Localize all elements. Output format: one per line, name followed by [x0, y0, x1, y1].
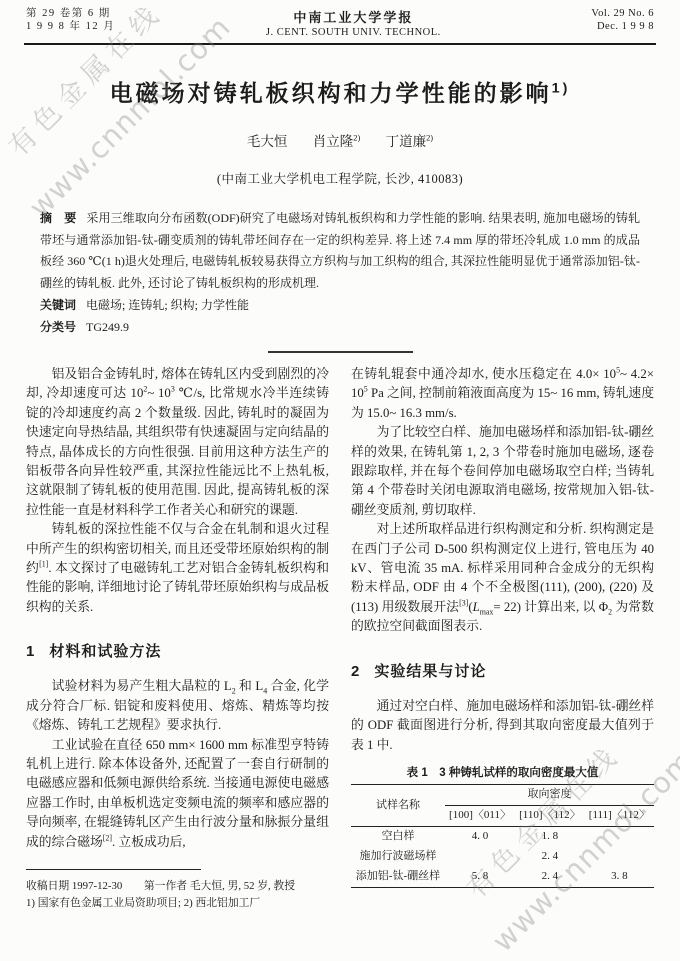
journal-page: 第 29 卷第 6 期 1 9 9 8 年 12 月 中南工业大学学报 J. C… — [0, 0, 680, 961]
volume-issue: 第 29 卷第 6 期 — [26, 7, 115, 20]
table-column-header: [110]〈112〉 — [515, 805, 585, 826]
author-name: 肖立隆2) — [313, 134, 360, 149]
table-cell-value: 5. 8 — [445, 867, 515, 888]
right-column: 在铸轧辊套中通冷却水, 使水压稳定在 4.0× 105~ 4.2× 105 Pa… — [351, 365, 654, 888]
keywords-label: 关键词 — [40, 298, 76, 312]
section-title: 实验结果与讨论 — [374, 663, 486, 680]
article-title: 电磁场对铸轧板织构和力学性能的影响1) — [0, 75, 680, 108]
section-heading: 2实验结果与讨论 — [351, 660, 654, 681]
section-heading: 1材料和试验方法 — [26, 640, 329, 661]
table-row: 添加铝-钛-硼丝样5. 82. 43. 8 — [351, 867, 654, 888]
paragraph: 在铸轧辊套中通冷却水, 使水压稳定在 4.0× 105~ 4.2× 105 Pa… — [351, 365, 654, 423]
paragraph: 铸轧板的深拉性能不仅与合金在轧制和退火过程中所产生的织构密切相关, 而且还受带坯… — [26, 520, 329, 617]
table-cell-name: 空白样 — [351, 826, 445, 847]
issue-info-en: Vol. 29 No. 6 Dec. 1 9 9 8 — [591, 7, 654, 33]
table-cell-name: 添加铝-钛-硼丝样 — [351, 867, 445, 888]
authors-line: 毛大恒 肖立隆2) 丁道廉2) — [0, 130, 680, 150]
header-rule — [24, 43, 656, 45]
journal-name-cn: 中南工业大学学报 — [266, 7, 441, 26]
abstract-text: 采用三维取向分布函数(ODF)研究了电磁场对铸轧板织构和力学性能的影响. 结果表… — [40, 211, 640, 290]
abstract: 摘 要采用三维取向分布函数(ODF)研究了电磁场对铸轧板织构和力学性能的影响. … — [40, 208, 640, 294]
author-name: 丁道廉2) — [386, 134, 433, 149]
table-cell-value — [585, 826, 654, 847]
paragraph: 铝及铝合金铸轧时, 熔体在铸轧区内受到剧烈的冷却, 冷却速度可达 102~ 10… — [26, 365, 329, 520]
table-cell-value — [445, 847, 515, 867]
table-row: 空白样4. 01. 8 — [351, 826, 654, 847]
clc-number: TG249.9 — [86, 320, 129, 334]
journal-name-en: J. CENT. SOUTH UNIV. TECHNOL. — [266, 27, 441, 38]
section-divider — [268, 351, 413, 353]
journal-name: 中南工业大学学报 J. CENT. SOUTH UNIV. TECHNOL. — [266, 7, 441, 38]
table-caption: 表 1 3 种铸轧试样的取向密度最大值 — [351, 764, 654, 780]
paragraph: 工业试验在直径 650 mm× 1600 mm 标准型亨特铸轧机上进行. 除本体… — [26, 736, 329, 852]
issue-date-cn: 1 9 9 8 年 12 月 — [26, 20, 115, 33]
table-cell-value — [585, 847, 654, 867]
table-row-header: 试样名称 — [351, 784, 445, 826]
footnote-rule — [26, 869, 201, 870]
section-title: 材料和试验方法 — [49, 643, 161, 660]
table-group-header: 取向密度 — [445, 784, 654, 805]
abstract-label: 摘 要 — [40, 211, 76, 225]
table-cell-value: 2. 4 — [515, 847, 585, 867]
data-table: 试样名称取向密度[100]〈011〉[110]〈112〉[111]〈112〉空白… — [351, 784, 654, 888]
body-columns: 铝及铝合金铸轧时, 熔体在铸轧区内受到剧烈的冷却, 冷却速度可达 102~ 10… — [0, 365, 680, 913]
title-footnote-marker: 1) — [552, 80, 571, 96]
table-column-header: [111]〈112〉 — [585, 805, 654, 826]
keywords-line: 关键词电磁场; 连铸轧; 织构; 力学性能 — [40, 295, 640, 316]
table-cell-name: 施加行波磁场样 — [351, 847, 445, 867]
clc-line: 分类号TG249.9 — [40, 317, 640, 338]
issue-info: 第 29 卷第 6 期 1 9 9 8 年 12 月 — [26, 7, 115, 33]
footnote-line: 1) 国家有色金属工业局资助项目; 2) 西北铝加工厂 — [26, 895, 329, 913]
paragraph: 为了比较空白样、施加电磁场样和添加铝-钛-硼丝样的效果, 在铸轧第 1, 2, … — [351, 423, 654, 520]
left-column: 铝及铝合金铸轧时, 熔体在铸轧区内受到剧烈的冷却, 冷却速度可达 102~ 10… — [26, 365, 329, 913]
table-cell-value: 1. 8 — [515, 826, 585, 847]
table-cell-value: 3. 8 — [585, 867, 654, 888]
journal-header: 第 29 卷第 6 期 1 9 9 8 年 12 月 中南工业大学学报 J. C… — [0, 0, 680, 41]
issue-date-en: Dec. 1 9 9 8 — [591, 20, 654, 33]
clc-label: 分类号 — [40, 320, 76, 334]
table-column-header: [100]〈011〉 — [445, 805, 515, 826]
section-number: 1 — [26, 643, 35, 660]
paragraph: 通过对空白样、施加电磁场样和添加铝-钛-硼丝样的 ODF 截面图进行分析, 得到… — [351, 697, 654, 755]
table-row: 施加行波磁场样2. 4 — [351, 847, 654, 867]
section-number: 2 — [351, 663, 360, 680]
keywords-text: 电磁场; 连铸轧; 织构; 力学性能 — [86, 298, 249, 312]
table-cell-value: 2. 4 — [515, 867, 585, 888]
affiliation: (中南工业大学机电工程学院, 长沙, 410083) — [0, 169, 680, 187]
author-name: 毛大恒 — [247, 134, 288, 149]
paragraph: 试验材料为易产生粗大晶粒的 L2 和 L4 合金, 化学成分符合厂标. 铝锭和废… — [26, 677, 329, 735]
article-title-text: 电磁场对铸轧板织构和力学性能的影响 — [110, 80, 552, 106]
footnote-line: 收稿日期 1997-12-30 第一作者 毛大恒, 男, 52 岁, 教授 — [26, 878, 329, 896]
table-cell-value: 4. 0 — [445, 826, 515, 847]
watermark-url-topleft: www.cnnmol.com — [22, 10, 237, 225]
paragraph: 对上述所取样品进行织构测定和分析. 织构测定是在西门子公司 D-500 织构测定… — [351, 520, 654, 636]
volume-issue-en: Vol. 29 No. 6 — [591, 7, 654, 20]
